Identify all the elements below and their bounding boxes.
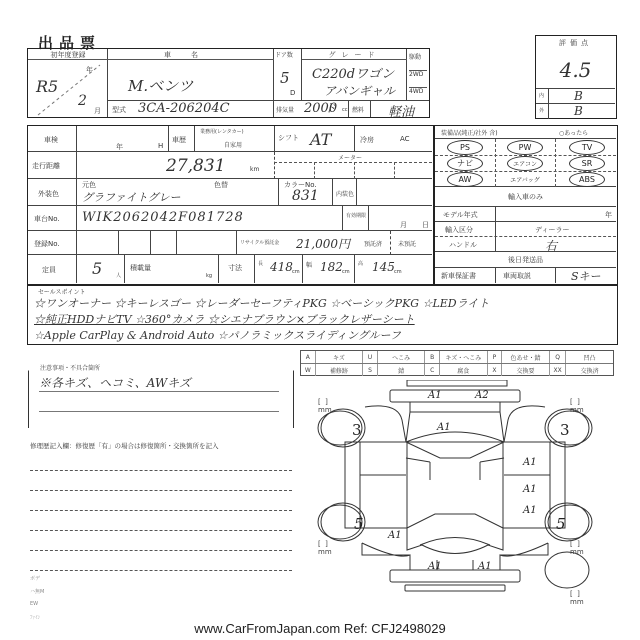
legend-meaning: 腐食 xyxy=(440,364,488,376)
equipment-grid: PS PW TV ナビ エアコン SR AW エアバッグ ABS xyxy=(435,139,616,187)
equipment-title: 装備品(純正/社外 含) xyxy=(441,128,498,137)
mm-label-rl: [ ]mm xyxy=(318,540,332,556)
legend-meaning: 交換要 xyxy=(502,364,550,376)
doors-cell: ドア数 5 D xyxy=(274,49,302,101)
dimensions-label: 寸法 xyxy=(228,263,242,273)
color-label: 外装色 xyxy=(38,189,59,199)
vehicle-type-label: 車歴 xyxy=(172,135,186,145)
repair-footer-label: ハ無M xyxy=(30,588,44,595)
expiry-label: 有効期限 xyxy=(346,212,366,219)
mm-label-fr: [ ]mm xyxy=(570,398,584,414)
capacity-value: 5 xyxy=(92,259,102,278)
legend-code: C xyxy=(425,364,440,376)
mark-left-rear-quarter: A1 xyxy=(388,530,402,541)
color-value: グラファイトグレー xyxy=(82,189,181,205)
mark-right-rear-quarter: A1 xyxy=(523,505,537,516)
divider xyxy=(76,255,77,283)
score-label: 評価点 xyxy=(536,38,615,48)
repair-line xyxy=(30,490,292,491)
header-block: 初年度登録 R5 年 2 月 車名 M.ベンツ 型式 3CA-206204C ド… xyxy=(27,48,430,118)
equipment-aw: AW xyxy=(447,172,483,187)
repair-line xyxy=(30,470,292,471)
legend-meaning: キズ・へこみ xyxy=(440,351,488,363)
mark-rear-bumper-right: A1 xyxy=(478,561,492,572)
grade-line2: アバンギャルド xyxy=(324,82,406,116)
equipment-aircon: エアコン xyxy=(507,156,543,171)
first-reg-label: 初年度登録 xyxy=(28,50,108,60)
interior-label: 内 xyxy=(539,92,544,99)
sales-point-line-2: ☆純正HDDナビTV ☆360°カメラ ☆シエナブラウン×ブラックレザーシート xyxy=(34,311,415,327)
repair-footer-label: EW xyxy=(30,601,38,607)
remarks-box: ※各キズ、ヘコミ、AWキズ xyxy=(28,370,294,428)
spare-key-value: Sキー xyxy=(571,268,601,284)
exterior-grade-row: 外 B xyxy=(536,103,615,118)
legend-code: S xyxy=(363,364,378,376)
mm-label-rr: [ ]mm xyxy=(570,540,584,556)
details-block: 車検 年 H 車歴 業務用(レンタカー) 自家用 シフト AT 冷房 AC 走行… xyxy=(27,125,434,285)
legend-code: XX xyxy=(550,364,567,376)
meter-label: メーター xyxy=(338,153,362,162)
car-damage-diagram xyxy=(310,380,600,610)
mm-label-fl: [ ]mm xyxy=(318,398,332,414)
exterior-label: 外 xyxy=(539,107,544,114)
score-value: 4.5 xyxy=(536,58,615,82)
divider xyxy=(555,139,556,187)
divider xyxy=(150,231,151,255)
diagonal-divider xyxy=(28,61,108,117)
capacity-label: 定員 xyxy=(42,265,56,275)
recycle-amount: 21,000円 xyxy=(296,235,350,252)
legend-meaning: キズ xyxy=(316,351,364,363)
model-code: 3CA-206204C xyxy=(138,101,230,116)
divider xyxy=(118,231,119,255)
equipment-airbag: エアバッグ xyxy=(507,172,543,187)
equipment-title-row: 装備品(純正/社外 含) ○あったら xyxy=(435,126,616,139)
sales-point-line-1: ☆ワンオーナー ☆キーレスゴー ☆レーダーセーフティPKG ☆ベーシックPKG … xyxy=(34,295,489,311)
car-name: M.ベンツ xyxy=(128,75,193,96)
mark-front-bumper-left: A1 xyxy=(428,390,442,401)
divider xyxy=(356,179,357,206)
model-label: 型式 xyxy=(112,105,126,115)
height-label: 高 xyxy=(358,260,363,267)
mark-rear-bumper-left: A1 xyxy=(428,561,442,572)
divider xyxy=(495,207,496,222)
doors-label: ドア数 xyxy=(275,50,293,59)
later-items-label: 後日発送品 xyxy=(435,252,616,268)
mileage-unit: km xyxy=(250,166,259,173)
doors-value: 5 xyxy=(280,69,290,87)
legend-meaning: 交換済 xyxy=(566,364,613,376)
interior-color-label: 内装色 xyxy=(336,189,354,198)
inspection-row: 車検 年 H 車歴 業務用(レンタカー) 自家用 シフト AT 冷房 AC xyxy=(28,126,432,152)
divider xyxy=(495,139,496,187)
model-year-row: モデル年式 年 xyxy=(435,207,616,222)
first-registration-cell: 初年度登録 R5 年 2 月 xyxy=(28,49,108,117)
length-value: 418 xyxy=(270,260,293,274)
divider xyxy=(194,126,195,152)
grade-line1: C220dワゴン xyxy=(312,63,394,82)
displacement-label: 排気量 xyxy=(276,105,294,114)
length-label: 長 xyxy=(258,260,263,267)
color-no-value: 831 xyxy=(292,188,319,204)
capacity-unit: 人 xyxy=(116,272,121,279)
divider xyxy=(354,255,355,283)
repair-line xyxy=(30,510,292,511)
grade-label: グレード xyxy=(302,50,407,60)
handle-label: ハンドル xyxy=(449,240,477,250)
divider xyxy=(548,104,549,119)
height-unit: cm xyxy=(394,269,402,275)
legend-table: AキズUへこみBキズ・へこみP色あせ・錆Q凹凸W補修跡S錆C腐食X交換要XX交換… xyxy=(300,350,614,376)
divider xyxy=(274,152,275,179)
tire-front-right: 3 xyxy=(560,421,570,439)
legend-meaning: 凹凸 xyxy=(566,351,613,363)
color-row: 外装色 元色 色替 グラファイトグレー カラーNo. 831 内装色 xyxy=(28,179,432,206)
legend-code: A xyxy=(301,351,316,363)
vin-value: WIK2062042F081728 xyxy=(82,210,244,225)
vin-row: 車台No. WIK2062042F081728 有効期限 月 日 xyxy=(28,206,432,231)
expiry-day-unit: 日 xyxy=(422,220,429,230)
divider xyxy=(124,255,125,283)
drive-2wd: 2WD xyxy=(409,70,427,78)
width-label: 幅 xyxy=(306,260,312,269)
usage-sub-label: 業務用(レンタカー) xyxy=(200,128,244,135)
divider xyxy=(76,231,77,255)
mileage-row: 走行距離 27,831 km メーター xyxy=(28,152,432,179)
load-unit: kg xyxy=(206,273,212,279)
legend-row: W補修跡S錆C腐食X交換要XX交換済 xyxy=(301,364,613,376)
legend-code: Q xyxy=(550,351,567,363)
mileage-value: 27,831 xyxy=(166,156,225,176)
divider xyxy=(302,255,303,283)
tire-front-left: 3 xyxy=(352,421,362,439)
import-type-label: 輸入区分 xyxy=(445,225,473,235)
remarks-text: ※各キズ、ヘコミ、AWキズ xyxy=(39,374,191,391)
load-label: 積載量 xyxy=(130,263,151,273)
divider xyxy=(76,206,77,231)
repair-line xyxy=(30,530,292,531)
equipment-sr: SR xyxy=(569,156,605,171)
remarks-line xyxy=(39,391,279,392)
recycle-unpaid: 未預託 xyxy=(398,239,416,248)
legend-code: B xyxy=(425,351,440,363)
legend-row: AキズUへこみBキズ・へこみP色あせ・錆Q凹凸 xyxy=(301,351,613,364)
drive-cell: 駆動 2WD 4WD xyxy=(407,49,429,101)
mm-label-spare: [ ]mm xyxy=(570,590,584,606)
repair-footer-label: ボデ xyxy=(30,575,40,582)
divider xyxy=(548,89,549,104)
divider xyxy=(354,126,355,152)
model-year-unit: 年 xyxy=(605,210,612,220)
repair-line xyxy=(30,570,292,571)
expiry-month-unit: 月 xyxy=(400,220,407,230)
registration-row: 登録No. リサイクル預託金 21,000円 預託済 未預託 xyxy=(28,231,432,255)
height-value: 145 xyxy=(372,260,395,274)
usage-label: 自家用 xyxy=(224,140,242,149)
divider xyxy=(278,179,279,206)
length-unit: cm xyxy=(292,269,300,275)
equipment-block: 装備品(純正/社外 含) ○あったら PS PW TV ナビ エアコン SR A… xyxy=(434,125,618,285)
mark-hood: A1 xyxy=(437,422,451,433)
divider xyxy=(342,206,343,231)
divider xyxy=(390,231,391,255)
legend-code: W xyxy=(301,364,316,376)
divider xyxy=(354,162,355,179)
mark-right-front-door: A1 xyxy=(523,457,537,468)
legend-meaning: へこみ xyxy=(378,351,426,363)
divider xyxy=(76,126,77,152)
manual-label: 車両取説 xyxy=(503,271,531,281)
handle-row: ハンドル 右 xyxy=(435,237,616,252)
divider xyxy=(332,179,333,206)
equipment-ps: PS xyxy=(447,140,483,155)
score-box: 評価点 4.5 内 B 外 B xyxy=(535,35,617,119)
legend-meaning: 錆 xyxy=(378,364,426,376)
drive-label: 駆動 xyxy=(409,52,421,61)
model-year-label: モデル年式 xyxy=(443,210,478,220)
model-code-row: 型式 3CA-206204C xyxy=(108,101,274,117)
equipment-abs: ABS xyxy=(569,172,605,187)
sales-points-block: セールスポイント ☆ワンオーナー ☆キーレスゴー ☆レーダーセーフティPKG ☆… xyxy=(27,285,618,345)
inspection-h: H xyxy=(158,142,163,150)
import-type-value: ディーラー xyxy=(535,225,569,235)
divider xyxy=(314,162,315,179)
equipment-note: ○あったら xyxy=(559,128,588,137)
warranty-label: 新車保証書 xyxy=(441,271,476,281)
shift-value: AT xyxy=(310,130,331,149)
capacity-row: 定員 5 人 積載量 kg 寸法 長 418 cm 幅 182 cm 高 145… xyxy=(28,255,432,283)
ac-label: 冷房 xyxy=(360,135,374,145)
legend-meaning: 色あせ・錆 xyxy=(502,351,550,363)
drive-4wd: 4WD xyxy=(409,87,427,95)
inspection-label: 車検 xyxy=(44,135,58,145)
divider xyxy=(76,179,77,206)
import-type-row: 輸入区分 ディーラー xyxy=(435,222,616,237)
interior-grade-row: 内 B xyxy=(536,88,615,103)
divider xyxy=(236,231,237,255)
divider xyxy=(254,255,255,283)
legend-meaning: 補修跡 xyxy=(316,364,364,376)
grade-cell: グレード C220dワゴン アバンギャルド xyxy=(302,49,407,101)
divider xyxy=(394,162,395,179)
car-name-cell: 車名 M.ベンツ xyxy=(108,49,274,101)
remarks-line xyxy=(39,411,279,412)
vin-label: 車台No. xyxy=(34,214,60,224)
inspection-year-unit: 年 xyxy=(116,142,123,152)
later-items-row: 新車保証書 車両取説 Sキー xyxy=(435,268,616,283)
divider xyxy=(76,152,77,179)
exterior-grade: B xyxy=(574,104,583,118)
mark-right-rear-door: A1 xyxy=(523,484,537,495)
divider xyxy=(218,255,219,283)
ac-value: AC xyxy=(400,135,410,143)
legend-code: X xyxy=(488,364,503,376)
repair-footer-label: ﾌｧｲﾝ xyxy=(30,614,40,621)
watermark: www.CarFromJapan.com Ref: CFJ2498029 xyxy=(0,621,640,636)
color-change-label: 色替 xyxy=(214,180,228,190)
tire-rear-left: 5 xyxy=(354,515,364,533)
mark-front-bumper-right: A2 xyxy=(475,390,489,401)
divider xyxy=(168,126,169,152)
divider xyxy=(274,162,432,163)
divider xyxy=(368,206,369,231)
width-unit: cm xyxy=(342,269,350,275)
repair-label: 修理歴記入欄：修復歴「有」の場合は修復箇所・交換箇所を記入 xyxy=(30,441,219,450)
equipment-tv: TV xyxy=(569,140,605,155)
reg-no-label: 登録No. xyxy=(34,239,60,249)
sales-point-line-3: ☆Apple CarPlay & Android Auto ☆パノラミックスライ… xyxy=(34,327,401,343)
car-name-label: 車名 xyxy=(108,50,274,60)
tire-rear-right: 5 xyxy=(556,515,566,533)
width-value: 182 xyxy=(320,260,343,274)
divider xyxy=(555,268,556,283)
divider xyxy=(176,231,177,255)
divider xyxy=(495,268,496,283)
import-only-label: 輸入車のみ xyxy=(435,187,616,207)
repair-line xyxy=(30,550,292,551)
equipment-pw: PW xyxy=(507,140,543,155)
shift-label: シフト xyxy=(278,133,299,143)
legend-code: P xyxy=(488,351,503,363)
doors-unit: D xyxy=(290,89,295,97)
legend-code: U xyxy=(363,351,378,363)
recycle-status: 預託済 xyxy=(364,239,382,248)
mileage-label: 走行距離 xyxy=(32,161,60,171)
recycle-label: リサイクル預託金 xyxy=(240,239,279,246)
interior-grade: B xyxy=(574,89,583,103)
equipment-navi: ナビ xyxy=(447,156,483,171)
divider xyxy=(274,126,275,152)
